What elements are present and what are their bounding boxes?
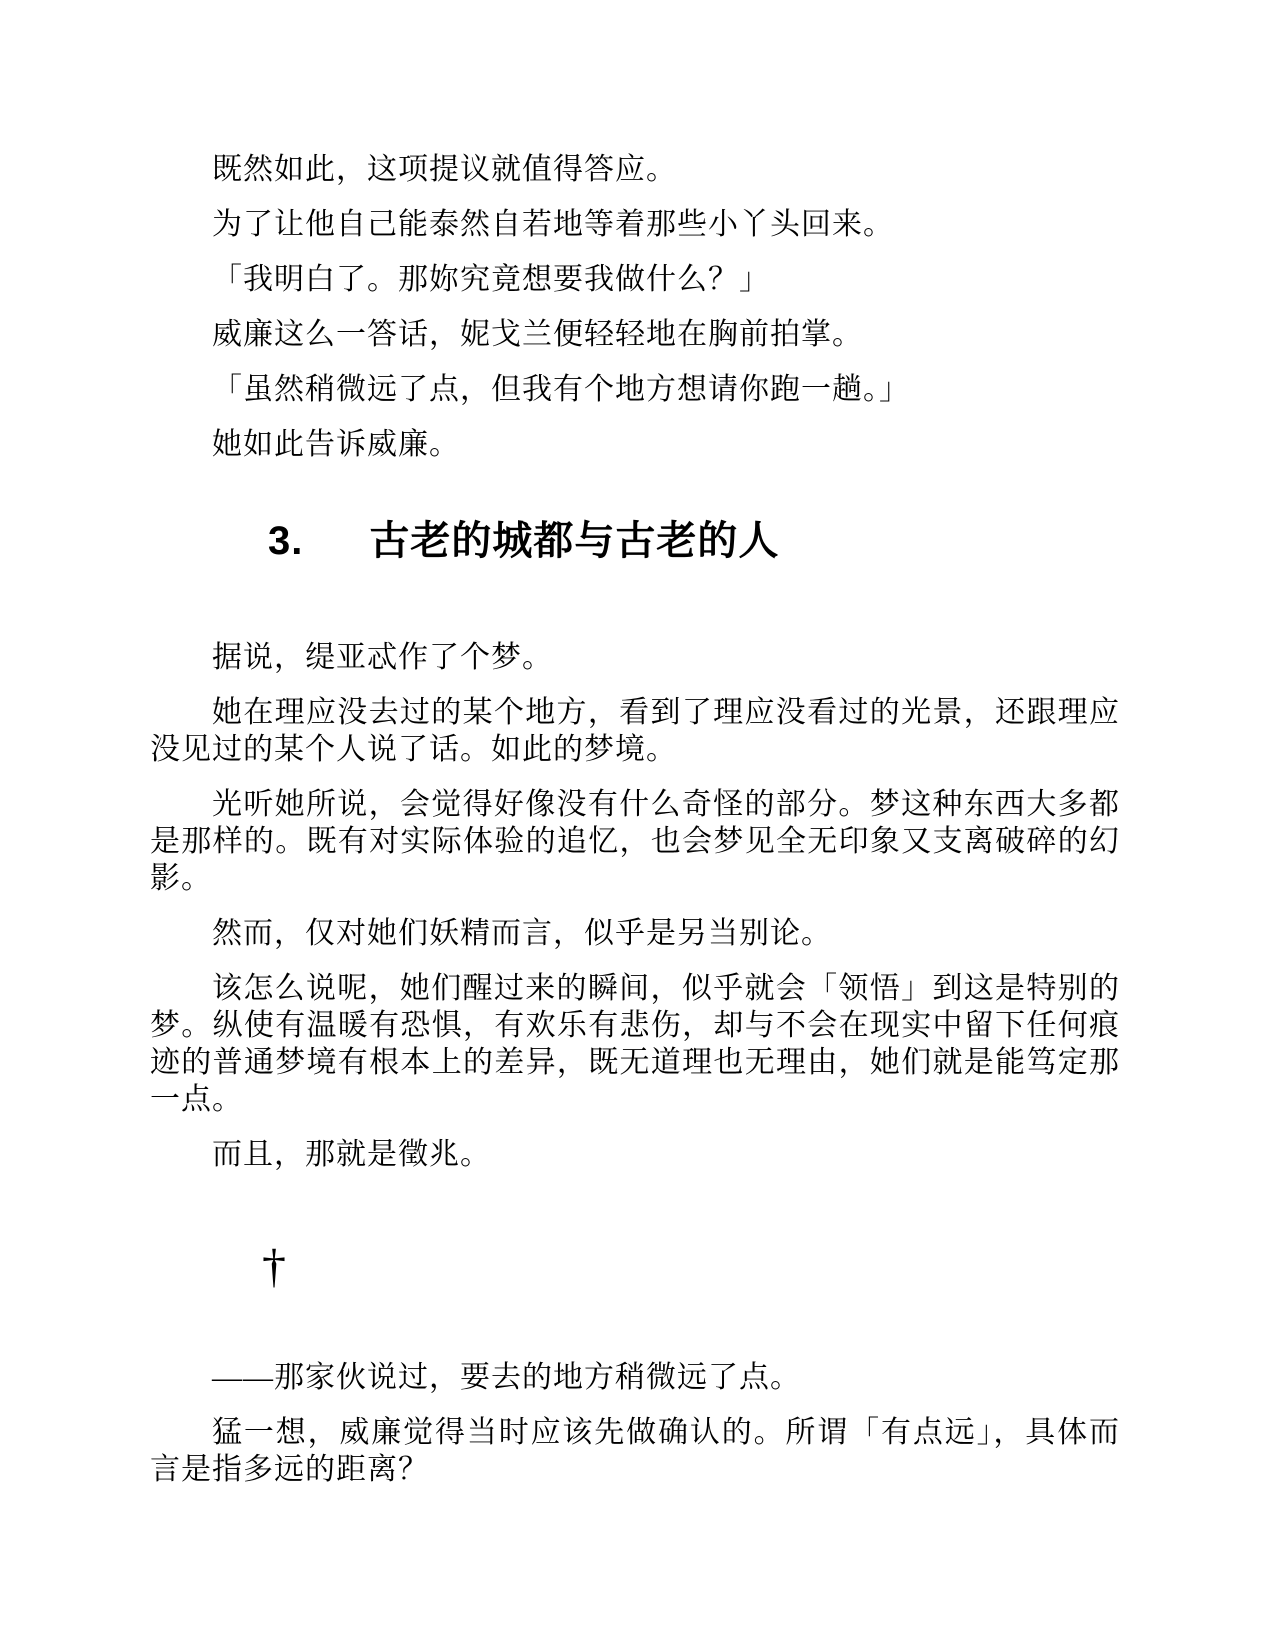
- chapter-title: 古老的城都与古老的人: [369, 519, 779, 563]
- text-line: 她在理应没去过的某个地方，看到了理应没看过的光景，还跟理应: [150, 694, 1120, 731]
- paragraph: ——那家伙说过，要去的地方稍微远了点。: [150, 1359, 1120, 1396]
- paragraph: 据说，缇亚忒作了个梦。: [150, 639, 1120, 676]
- text-line: 为了让他自己能泰然自若地等着那些小丫头回来。: [150, 206, 1120, 243]
- paragraph: 「我明白了。那妳究竟想要我做什么？」: [150, 261, 1120, 298]
- text-line: 猛一想，威廉觉得当时应该先做确认的。所谓「有点远」，具体而: [150, 1414, 1120, 1451]
- text-line: 据说，缇亚忒作了个梦。: [150, 639, 1120, 676]
- paragraph: 而且，那就是徵兆。: [150, 1136, 1120, 1173]
- paragraph: 「虽然稍微远了点，但我有个地方想请你跑一趟。」: [150, 371, 1120, 408]
- section-divider: †: [262, 1243, 1120, 1291]
- text-line: 一点。: [150, 1081, 1120, 1118]
- text-content: 既然如此，这项提议就值得答应。为了让他自己能泰然自若地等着那些小丫头回来。「我明…: [150, 151, 1120, 1506]
- text-line: 既然如此，这项提议就值得答应。: [150, 151, 1120, 188]
- paragraph: 她在理应没去过的某个地方，看到了理应没看过的光景，还跟理应没见过的某个人说了话。…: [150, 694, 1120, 768]
- paragraph-group-mid: 据说，缇亚忒作了个梦。她在理应没去过的某个地方，看到了理应没看过的光景，还跟理应…: [150, 639, 1120, 1173]
- text-line: 「虽然稍微远了点，但我有个地方想请你跑一趟。」: [150, 371, 1120, 408]
- text-line: 该怎么说呢，她们醒过来的瞬间，似乎就会「领悟」到这是特别的: [150, 970, 1120, 1007]
- paragraph: 猛一想，威廉觉得当时应该先做确认的。所谓「有点远」，具体而言是指多远的距离？: [150, 1414, 1120, 1488]
- paragraph: 光听她所说，会觉得好像没有什么奇怪的部分。梦这种东西大多都是那样的。既有对实际体…: [150, 786, 1120, 897]
- paragraph: 该怎么说呢，她们醒过来的瞬间，似乎就会「领悟」到这是特别的梦。纵使有温暖有恐惧，…: [150, 970, 1120, 1118]
- dagger-ornament: †: [262, 1240, 286, 1293]
- text-line: 是那样的。既有对实际体验的追忆，也会梦见全无印象又支离破碎的幻: [150, 823, 1120, 860]
- text-line: 言是指多远的距离？: [150, 1451, 1120, 1488]
- chapter-number: 3.: [268, 519, 303, 563]
- text-line: 迹的普通梦境有根本上的差异，既无道理也无理由，她们就是能笃定那: [150, 1044, 1120, 1081]
- paragraph-group-top: 既然如此，这项提议就值得答应。为了让他自己能泰然自若地等着那些小丫头回来。「我明…: [150, 151, 1120, 463]
- text-line: 而且，那就是徵兆。: [150, 1136, 1120, 1173]
- text-line: ——那家伙说过，要去的地方稍微远了点。: [150, 1359, 1120, 1396]
- chapter-heading: 3.古老的城都与古老的人: [268, 517, 1120, 565]
- text-line: 梦。纵使有温暖有恐惧，有欢乐有悲伤，却与不会在现实中留下任何痕: [150, 1007, 1120, 1044]
- paragraph-group-bottom: ——那家伙说过，要去的地方稍微远了点。猛一想，威廉觉得当时应该先做确认的。所谓「…: [150, 1359, 1120, 1488]
- text-line: 她如此告诉威廉。: [150, 426, 1120, 463]
- text-line: 然而，仅对她们妖精而言，似乎是另当别论。: [150, 915, 1120, 952]
- paragraph: 威廉这么一答话，妮戈兰便轻轻地在胸前拍掌。: [150, 316, 1120, 353]
- text-line: 「我明白了。那妳究竟想要我做什么？」: [150, 261, 1120, 298]
- paragraph: 为了让他自己能泰然自若地等着那些小丫头回来。: [150, 206, 1120, 243]
- text-line: 威廉这么一答话，妮戈兰便轻轻地在胸前拍掌。: [150, 316, 1120, 353]
- paragraph: 她如此告诉威廉。: [150, 426, 1120, 463]
- paragraph: 既然如此，这项提议就值得答应。: [150, 151, 1120, 188]
- text-line: 没见过的某个人说了话。如此的梦境。: [150, 731, 1120, 768]
- text-line: 光听她所说，会觉得好像没有什么奇怪的部分。梦这种东西大多都: [150, 786, 1120, 823]
- text-line: 影。: [150, 860, 1120, 897]
- paragraph: 然而，仅对她们妖精而言，似乎是另当别论。: [150, 915, 1120, 952]
